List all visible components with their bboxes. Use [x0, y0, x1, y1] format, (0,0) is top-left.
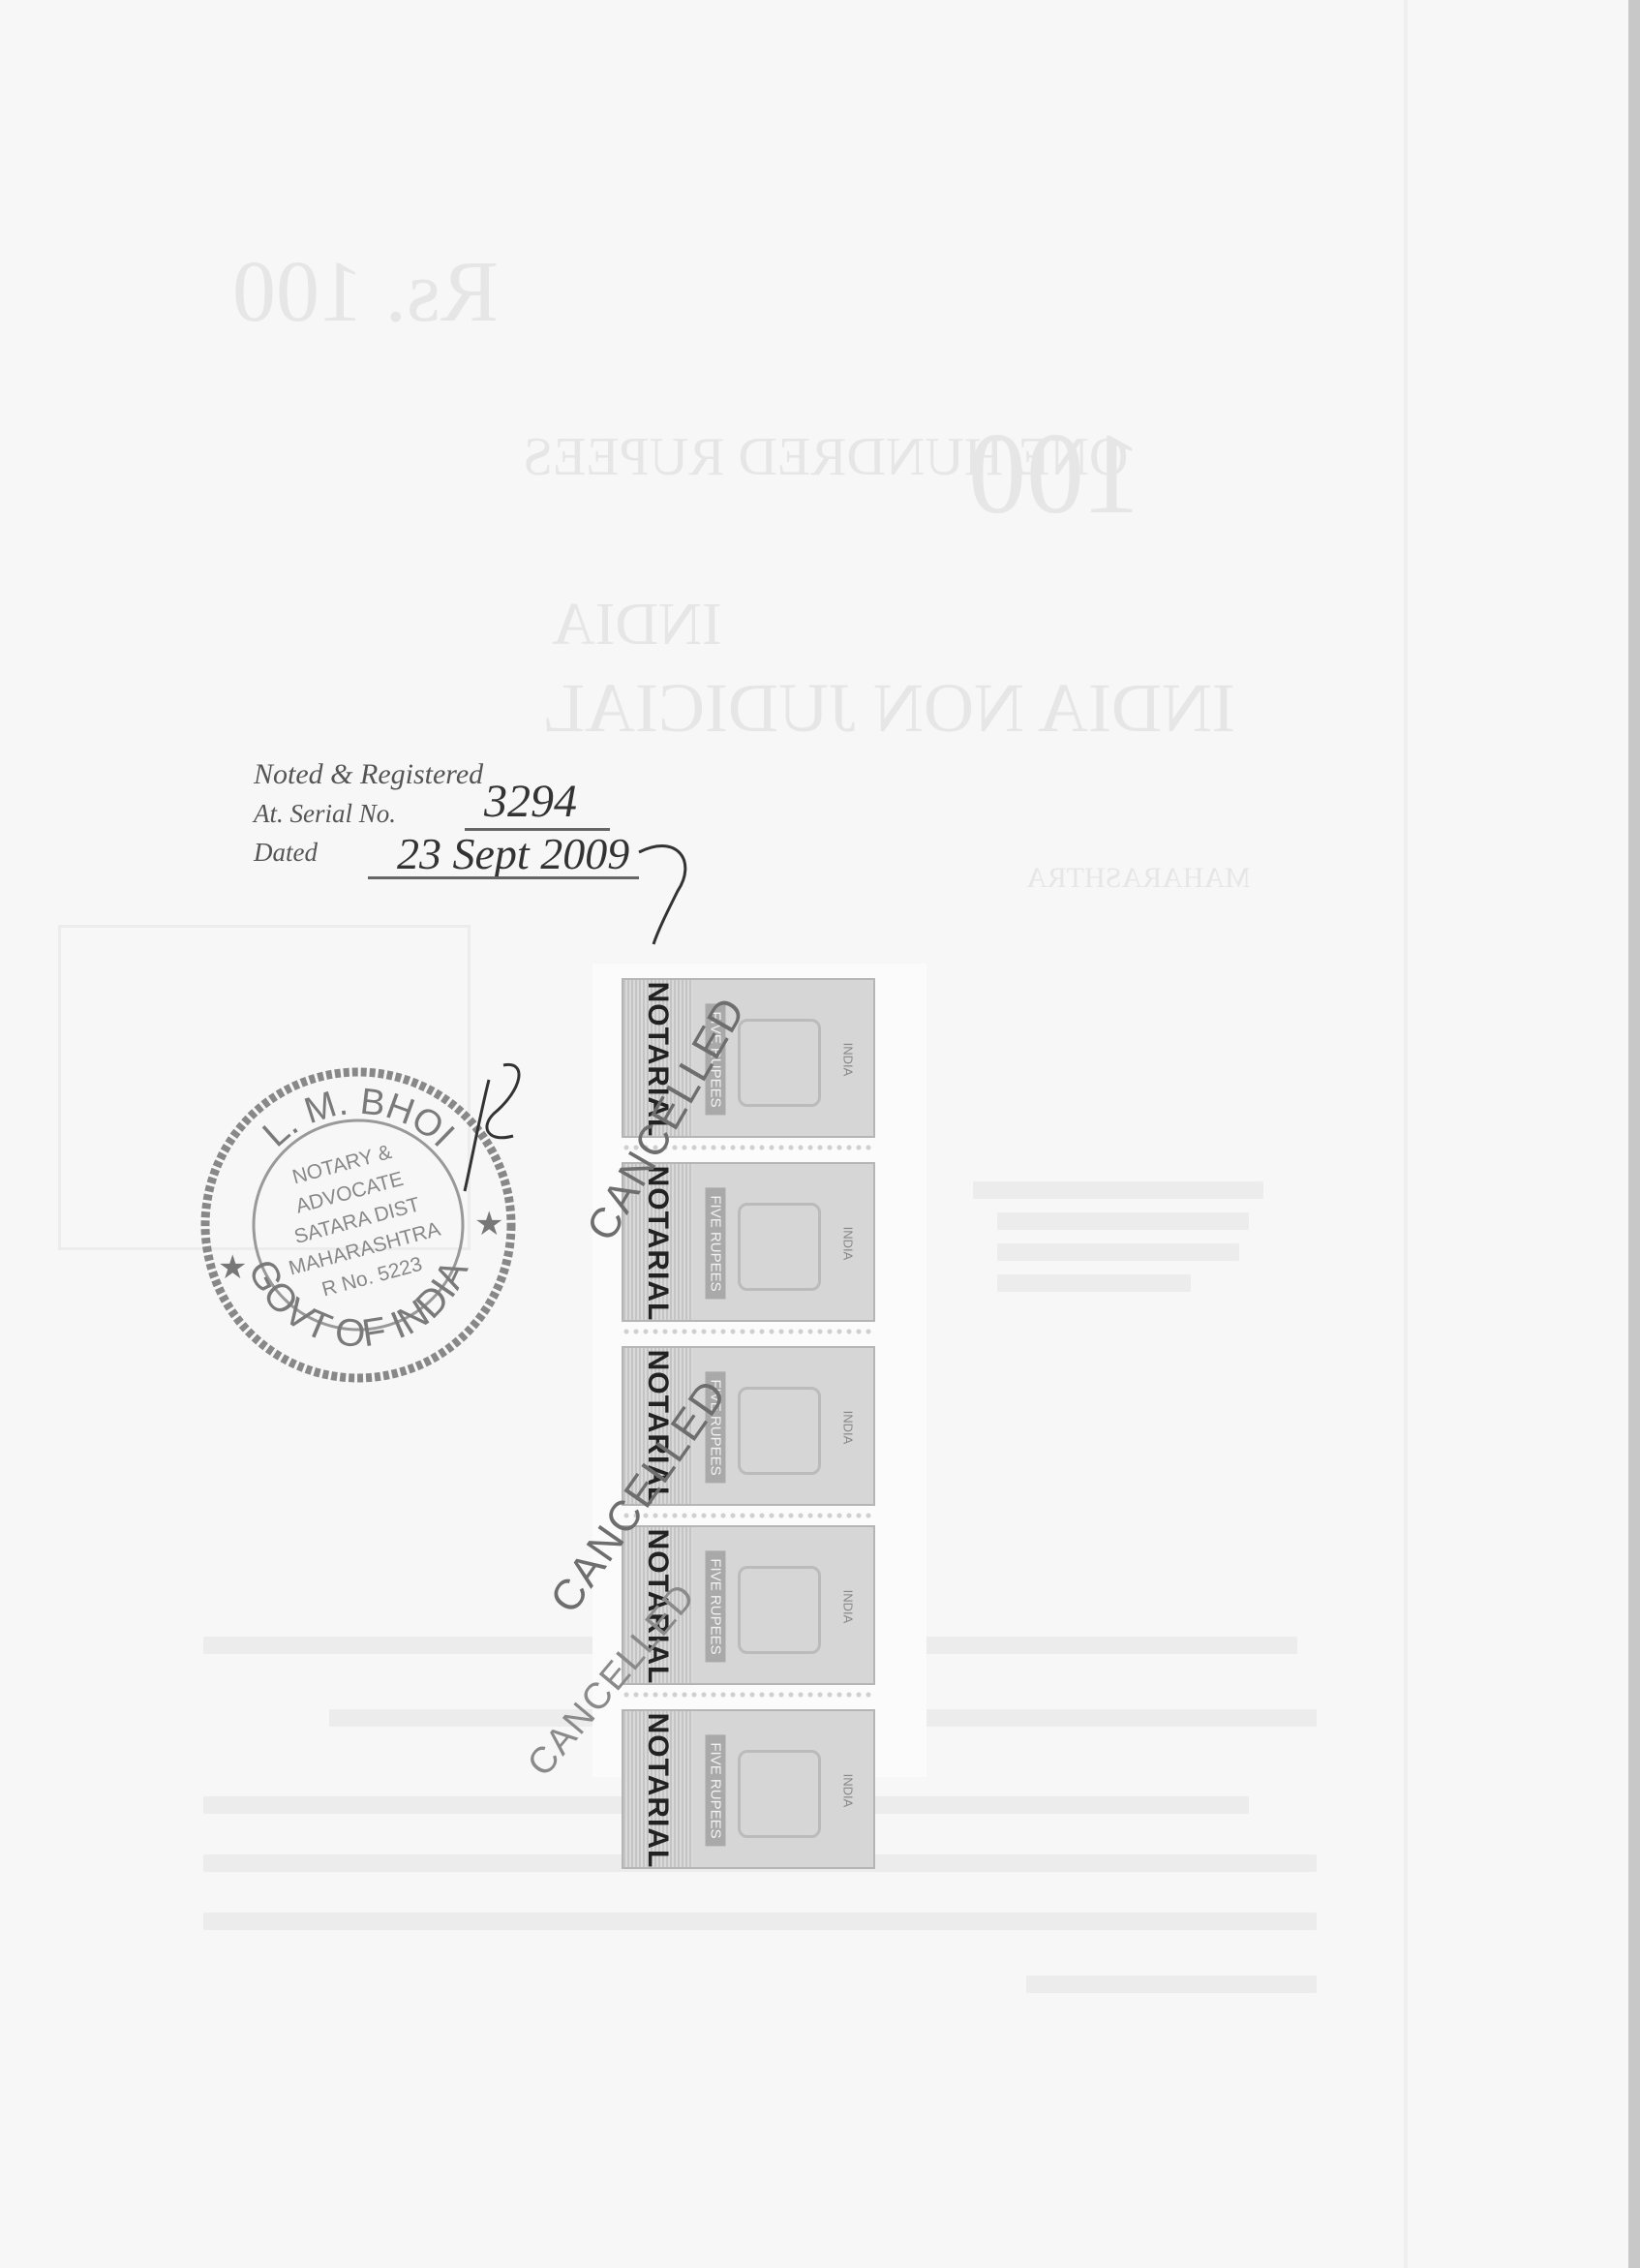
- show-through-line: [973, 1181, 1263, 1199]
- date-underline: [368, 876, 639, 879]
- serial-number-handwritten: 3294: [484, 775, 577, 828]
- show-through-country: INDIA: [552, 591, 722, 659]
- show-through-line: [997, 1243, 1239, 1261]
- show-through-value-big: 100: [968, 407, 1142, 540]
- paper-fold-line: [1404, 0, 1408, 2268]
- show-through-line: [997, 1274, 1191, 1292]
- notary-signature: [436, 1060, 542, 1196]
- notarial-stamp: NOTARIALFIVE RUPEESINDIA: [607, 1709, 897, 1874]
- ashoka-emblem-icon: [738, 1750, 821, 1838]
- star-icon: ★: [474, 1206, 503, 1242]
- signature-stroke: [620, 833, 707, 949]
- star-icon: ★: [218, 1249, 247, 1286]
- ashoka-emblem-icon: [738, 1019, 821, 1107]
- date-handwritten: 23 Sept 2009: [397, 828, 629, 879]
- registration-title: Noted & Registered: [254, 755, 483, 794]
- show-through-value-top: Rs. 100: [232, 242, 499, 342]
- ashoka-emblem-icon: [738, 1203, 821, 1291]
- scan-edge: [1628, 0, 1640, 2268]
- document-page: Rs. 100 ONE HUNDRED RUPEES 100 INDIA IND…: [0, 0, 1628, 2268]
- show-through-state: MAHARASHTRA: [1026, 862, 1251, 895]
- ashoka-emblem-icon: [738, 1387, 821, 1475]
- show-through-line: [997, 1212, 1249, 1230]
- ashoka-emblem-icon: [738, 1566, 821, 1654]
- show-through-line: [203, 1913, 1317, 1930]
- serial-label: At. Serial No.: [254, 794, 483, 833]
- show-through-heading: INDIA NON JUDICIAL: [542, 668, 1235, 749]
- show-through-line: [1026, 1976, 1317, 1993]
